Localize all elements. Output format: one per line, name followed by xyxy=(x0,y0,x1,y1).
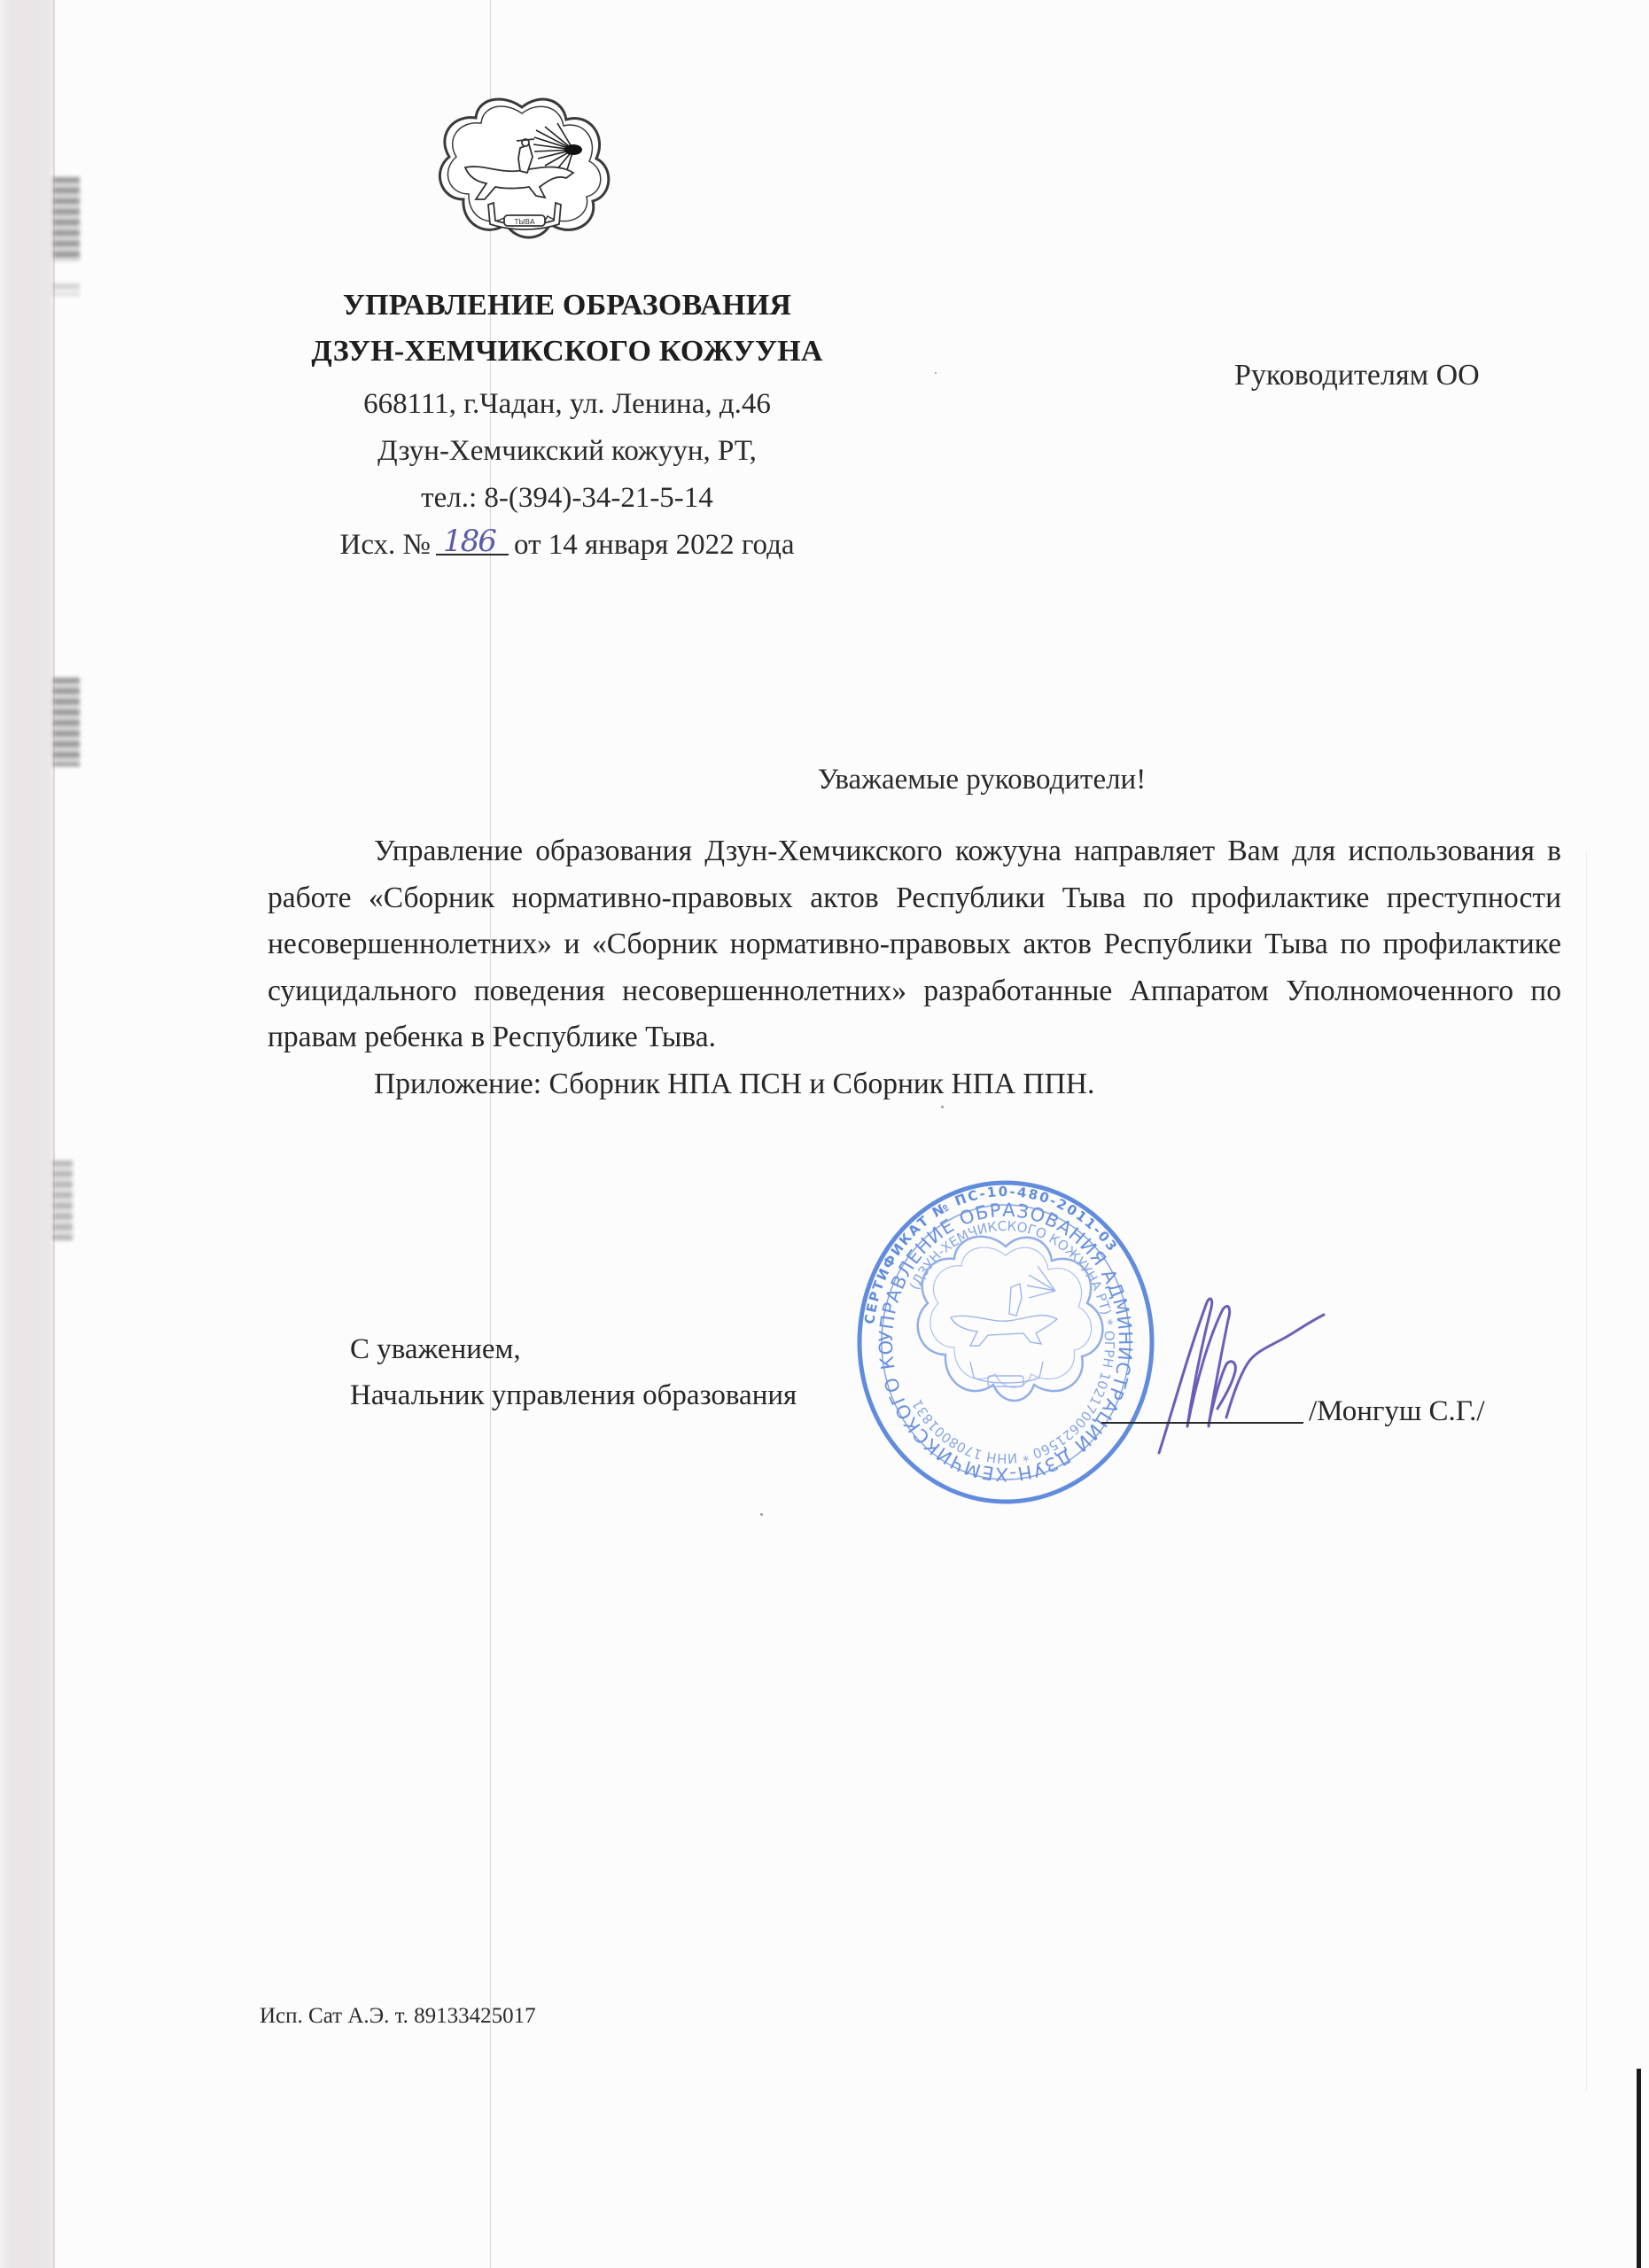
org-name-line1: УПРАВЛЕНИЕ ОБРАЗОВАНИЯ xyxy=(266,283,868,328)
official-stamp: СЕРТИФИКАТ № ПС-10-480-2011-03 УПРАВЛЕНИ… xyxy=(846,1174,1165,1511)
scan-smudge xyxy=(53,177,80,261)
scan-speck xyxy=(760,1513,763,1516)
scan-speck xyxy=(935,372,937,374)
recipient: Руководителям ОО xyxy=(1234,359,1480,392)
scan-speck xyxy=(941,1106,944,1108)
greeting: Уважаемые руководители! xyxy=(0,764,1649,796)
executor-contact: Исп. Сат А.Э. т. 89133425017 xyxy=(260,2004,536,2029)
outgoing-date: от 14 января 2022 года xyxy=(514,529,795,561)
phone-line: тел.: 8-(394)-34-21-5-14 xyxy=(266,475,868,522)
address-line1: 668111, г.Чадан, ул. Ленина, д.46 xyxy=(266,381,868,428)
handwritten-signature xyxy=(1152,1276,1329,1462)
scan-edge-bar xyxy=(1637,2069,1641,2268)
scan-smudge xyxy=(53,678,80,766)
outgoing-number-field: 186 xyxy=(436,527,509,555)
scan-edge-line xyxy=(53,0,55,2268)
letterhead: УПРАВЛЕНИЕ ОБРАЗОВАНИЯ ДЗУН-ХЕМЧИКСКОГО … xyxy=(266,283,868,569)
letter-body: Управление образования Дзун-Хемчикского … xyxy=(268,828,1561,1107)
closing-line: С уважением, xyxy=(350,1333,521,1366)
emblem-banner-text: ТЫВА xyxy=(514,218,535,226)
attachment-line: Приложение: Сборник НПА ПСН и Сборник НП… xyxy=(268,1061,1561,1108)
scan-smudge xyxy=(53,1161,73,1240)
tuva-coat-of-arms-icon: ТЫВА xyxy=(432,91,613,246)
signature-underline xyxy=(1101,1422,1303,1424)
signer-position: Начальник управления образования xyxy=(350,1379,797,1412)
scan-edge-strip xyxy=(0,0,55,2268)
address-line2: Дзун-Хемчикский кожуун, РТ, xyxy=(266,428,868,475)
signer-name: /Монгуш С.Г./ xyxy=(1309,1395,1485,1428)
outgoing-prefix: Исх. № xyxy=(339,529,431,561)
scan-artifact-line xyxy=(1586,850,1587,2091)
outgoing-ref: Исх. №186от 14 января 2022 года xyxy=(266,522,868,569)
body-paragraph: Управление образования Дзун-Хемчикского … xyxy=(268,828,1561,1061)
org-name-line2: ДЗУН-ХЕМЧИКСКОГО КОЖУУНА xyxy=(266,330,868,374)
outgoing-number-handwritten: 186 xyxy=(443,518,495,565)
scan-smudge xyxy=(53,283,80,296)
